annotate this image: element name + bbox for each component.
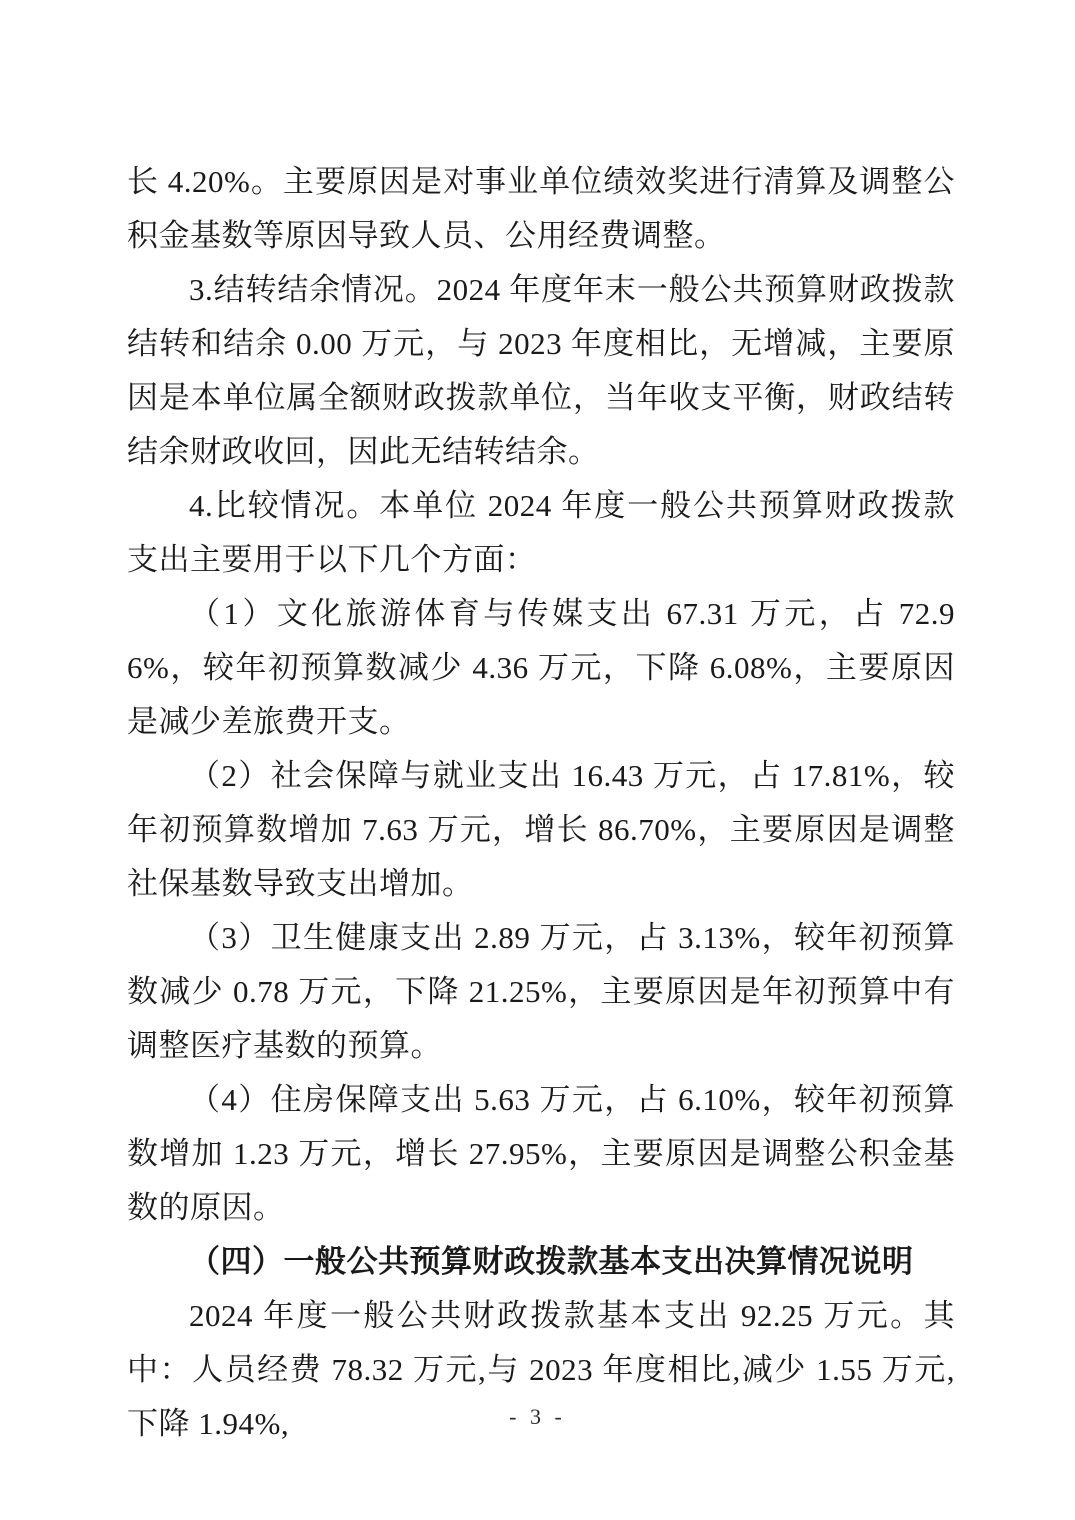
paragraph-item-1-culture-tourism: （1）文化旅游体育与传媒支出 67.31 万元，占 72.96%，较年初预算数减… bbox=[127, 587, 955, 749]
paragraph-item-4-housing: （4）住房保障支出 5.63 万元，占 6.10%，较年初预算数增加 1.23 … bbox=[127, 1073, 955, 1235]
paragraph-carryover-balance: 3.结转结余情况。2024 年度年末一般公共预算财政拨款结转和结余 0.00 万… bbox=[127, 263, 955, 479]
page-number: - 3 - bbox=[0, 1402, 1075, 1432]
document-body: 长 4.20%。主要原因是对事业单位绩效奖进行清算及调整公积金基数等原因导致人员… bbox=[127, 155, 955, 1451]
document-page: 长 4.20%。主要原因是对事业单位绩效奖进行清算及调整公积金基数等原因导致人员… bbox=[0, 0, 1075, 1520]
paragraph-growth-reason-continuation: 长 4.20%。主要原因是对事业单位绩效奖进行清算及调整公积金基数等原因导致人员… bbox=[127, 155, 955, 263]
paragraph-item-2-social-security: （2）社会保障与就业支出 16.43 万元，占 17.81%，较年初预算数增加 … bbox=[127, 749, 955, 911]
section-heading-basic-expenditure: （四）一般公共预算财政拨款基本支出决算情况说明 bbox=[127, 1235, 955, 1289]
paragraph-item-3-health: （3）卫生健康支出 2.89 万元，占 3.13%，较年初预算数减少 0.78 … bbox=[127, 911, 955, 1073]
paragraph-comparison-intro: 4.比较情况。本单位 2024 年度一般公共预算财政拨款支出主要用于以下几个方面… bbox=[127, 479, 955, 587]
